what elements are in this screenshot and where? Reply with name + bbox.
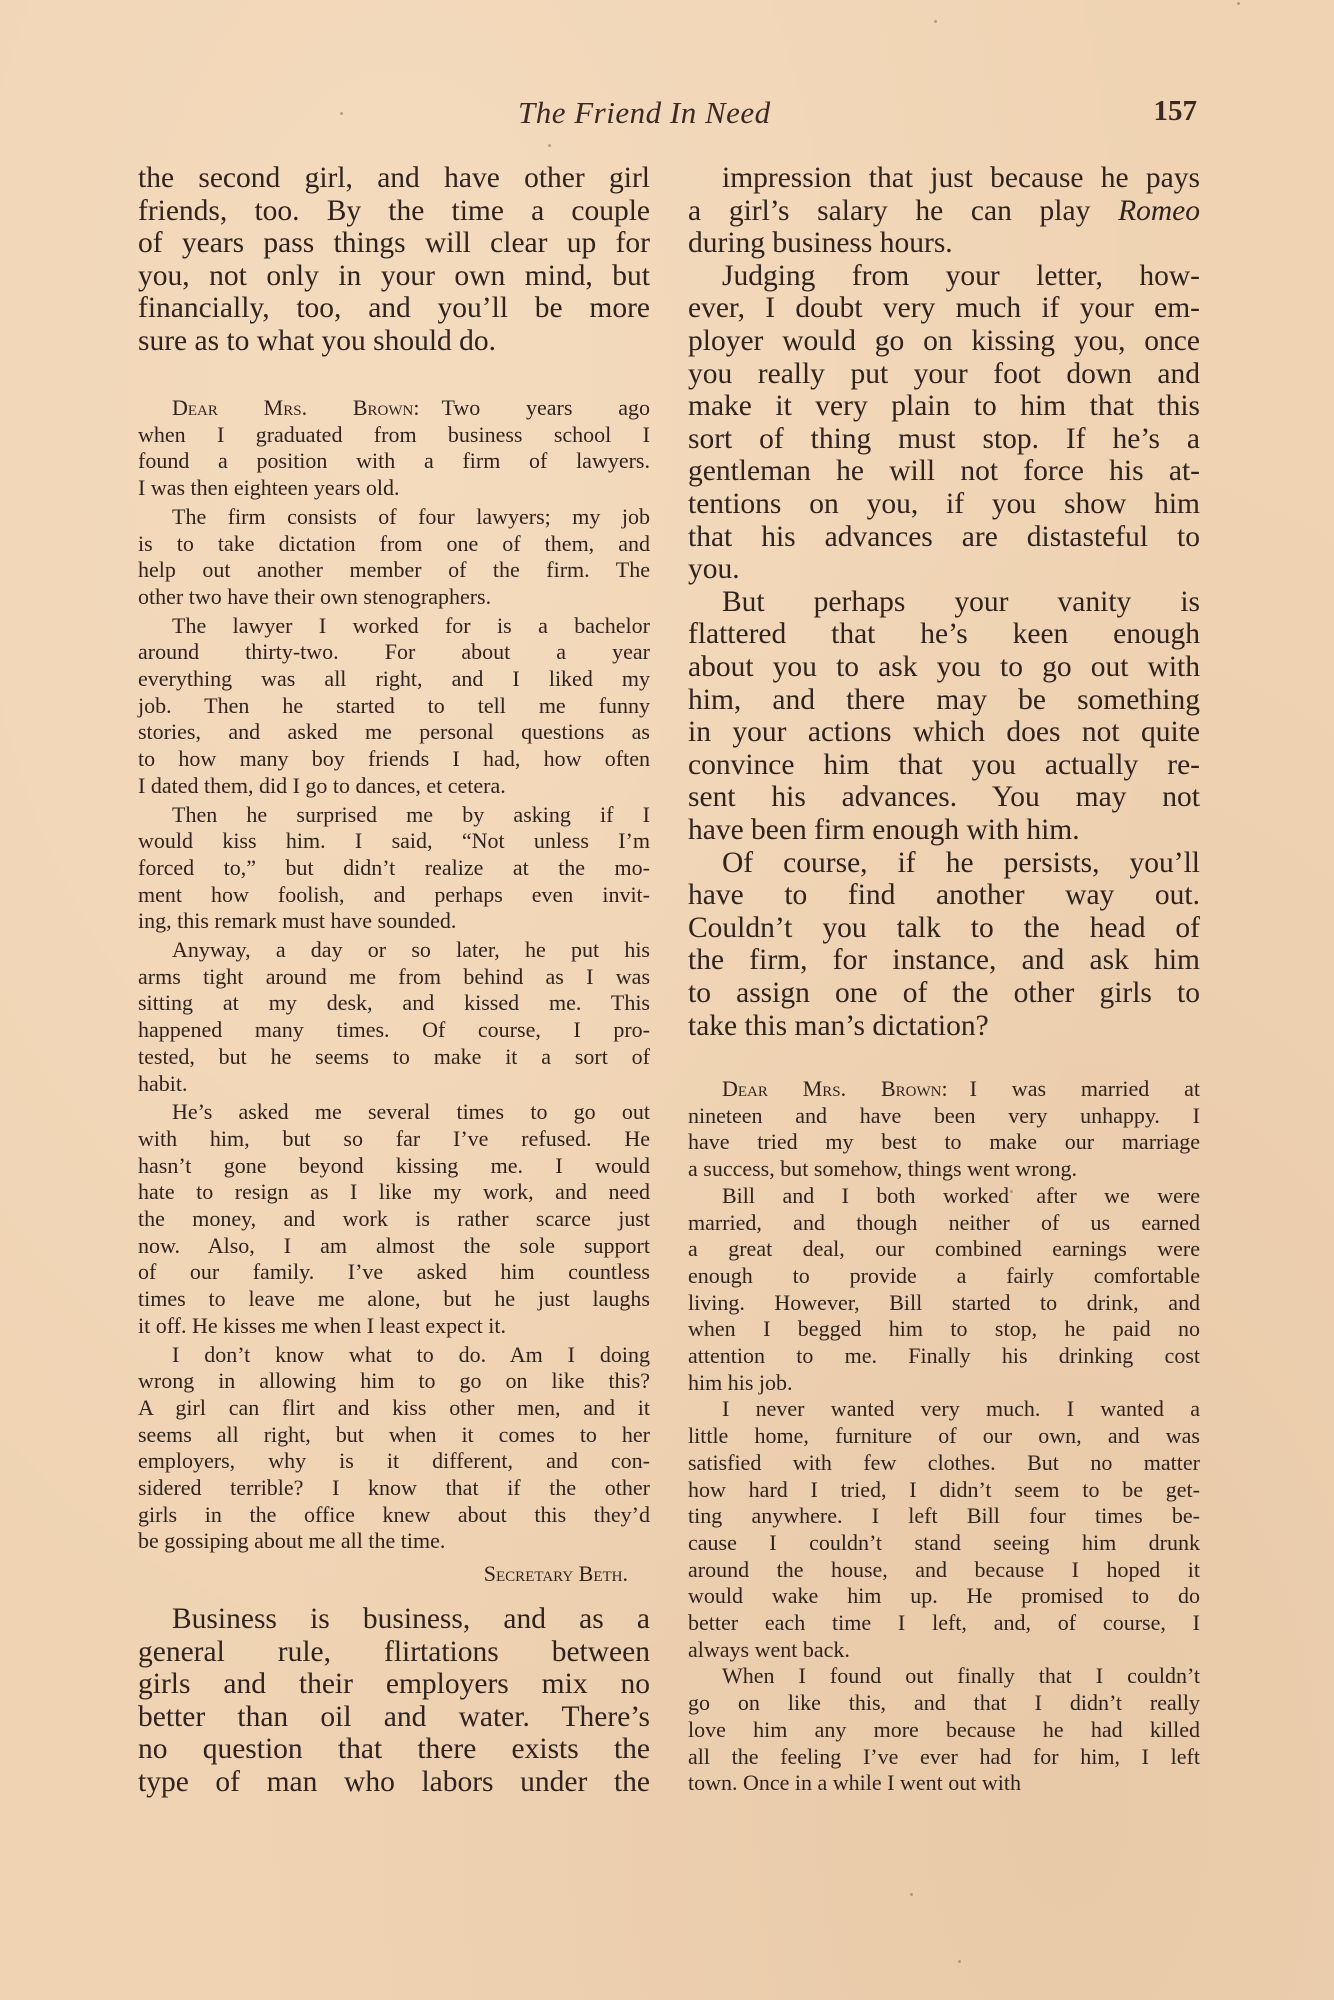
text-line: found a position with a firm of lawyers. <box>138 448 650 474</box>
text-line: Of course, if he persists, you’ll <box>688 847 1200 880</box>
text-line: The firm consists of four lawyers; my jo… <box>138 504 650 530</box>
answer-text-line: type of man who labors under the <box>138 1766 650 1799</box>
running-title: The Friend In Need <box>518 95 771 131</box>
text-line: a great deal, our combined earnings were <box>688 1236 1200 1262</box>
answer-text-line: Business is business, and as a <box>138 1603 650 1636</box>
text-line: Dear Mrs. Brown: I was married at <box>688 1076 1200 1102</box>
text-line: forced to,” but didn’t realize at the mo… <box>138 855 650 881</box>
text-line: sitting at my desk, and kissed me. This <box>138 990 650 1016</box>
text-line: wrong in allowing him to go on like this… <box>138 1368 650 1394</box>
text-line: all the feeling I’ve ever had for him, I… <box>688 1744 1200 1770</box>
text-line: job. Then he started to tell me funny <box>138 693 650 719</box>
text-line: is to take dictation from one of them, a… <box>138 531 650 557</box>
answer-text-line: general rule, flirtations between <box>138 1636 650 1669</box>
text-line: ing, this remark must have sounded. <box>138 908 650 934</box>
text-line: the firm, for instance, and ask him <box>688 944 1200 977</box>
text-line: married, and though neither of us earned <box>688 1210 1200 1236</box>
text-line: have to find another way out. <box>688 879 1200 912</box>
text-line: a success, but somehow, things went wron… <box>688 1156 1200 1182</box>
text-line: flattered that he’s keen enough <box>688 618 1200 651</box>
magazine-page: The Friend In Need 157 the second girl, … <box>0 0 1334 2000</box>
text-line: I never wanted very much. I wanted a <box>688 1396 1200 1422</box>
text-line: I dated them, did I go to dances, et cet… <box>138 773 650 799</box>
text-line: satisfied with few clothes. But no matte… <box>688 1450 1200 1476</box>
text-line: tentions on you, if you show him <box>688 488 1200 521</box>
text-line: He’s asked me several times to go out <box>138 1099 650 1125</box>
text-line: have been firm enough with him. <box>688 814 1200 847</box>
text-line: other two have their own stenographers. <box>138 584 650 610</box>
text-line: Dear Mrs. Brown: Two years ago <box>138 395 650 421</box>
text-line: make it very plain to him that this <box>688 390 1200 423</box>
text-line: hasn’t gone beyond kissing me. I would <box>138 1153 650 1179</box>
text-line: The lawyer I worked for is a bachelor <box>138 613 650 639</box>
text-line: would kiss him. I said, “Not unless I’m <box>138 828 650 854</box>
text-line: I was then eighteen years old. <box>138 475 650 501</box>
page-number: 157 <box>1154 95 1198 128</box>
answer-text-line: financially, too, and you’ll be more <box>138 292 650 325</box>
text-line: happened many times. Of course, I pro- <box>138 1017 650 1043</box>
paper-speck <box>958 1960 961 1963</box>
text-line: around the house, and because I hoped it <box>688 1557 1200 1583</box>
text-line: love him any more because he had killed <box>688 1717 1200 1743</box>
text-line: ployer would go on kissing you, once <box>688 325 1200 358</box>
paper-speck <box>1237 2 1240 5</box>
text-line: Judging from your letter, how- <box>688 260 1200 293</box>
text-line: with him, but so far I’ve refused. He <box>138 1126 650 1152</box>
paper-speck <box>910 1893 913 1896</box>
text-line: of our family. I’ve asked him countless <box>138 1259 650 1285</box>
paper-speck <box>548 144 551 147</box>
text-line: sent his advances. You may not <box>688 781 1200 814</box>
text-line: stories, and asked me personal questions… <box>138 719 650 745</box>
text-line: When I found out finally that I couldn’t <box>688 1663 1200 1689</box>
text-line: to how many boy friends I had, how often <box>138 746 650 772</box>
text-line: during business hours. <box>688 227 1200 260</box>
text-line: ment how foolish, and perhaps even invit… <box>138 882 650 908</box>
text-line: him his job. <box>688 1370 1200 1396</box>
text-line: everything was all right, and I liked my <box>138 666 650 692</box>
answer-text-line: better than oil and water. There’s <box>138 1701 650 1734</box>
letter-signature: Secretary Beth. <box>138 1561 650 1587</box>
paper-speck <box>934 20 937 23</box>
text-line: it off. He kisses me when I least expect… <box>138 1313 650 1339</box>
text-line: nineteen and have been very unhappy. I <box>688 1103 1200 1129</box>
text-line: ever, I doubt very much if your em- <box>688 292 1200 325</box>
text-line: impression that just because he pays <box>688 162 1200 195</box>
text-line: hate to resign as I like my work, and ne… <box>138 1179 650 1205</box>
text-line: convince him that you actually re- <box>688 749 1200 782</box>
text-line: A girl can flirt and kiss other men, and… <box>138 1395 650 1421</box>
letter-salutation: Dear Mrs. Brown: <box>172 395 419 420</box>
text-line: Anyway, a day or so later, he put his <box>138 937 650 963</box>
text-line: sort of thing must stop. If he’s a <box>688 423 1200 456</box>
text-line: living. However, Bill started to drink, … <box>688 1290 1200 1316</box>
answer-text-line: you, not only in your own mind, but <box>138 260 650 293</box>
text-line: times to leave me alone, but he just lau… <box>138 1286 650 1312</box>
text-line: to assign one of the other girls to <box>688 977 1200 1010</box>
text-line: better each time I left, and, of course,… <box>688 1610 1200 1636</box>
text-line: how hard I tried, I didn’t seem to be ge… <box>688 1477 1200 1503</box>
text-line: in your actions which does not quite <box>688 716 1200 749</box>
text-line: that his advances are distasteful to <box>688 521 1200 554</box>
answer-text-line: of years pass things will clear up for <box>138 227 650 260</box>
paper-speck <box>1010 1190 1013 1193</box>
text-line: you really put your foot down and <box>688 358 1200 391</box>
text-line: help out another member of the firm. The <box>138 557 650 583</box>
text-line: Couldn’t you talk to the head of <box>688 912 1200 945</box>
text-line: the money, and work is rather scarce jus… <box>138 1206 650 1232</box>
text-line: town. Once in a while I went out with <box>688 1770 1200 1796</box>
text-line: habit. <box>138 1071 650 1097</box>
text-line: enough to provide a fairly comfortable <box>688 1263 1200 1289</box>
letter-salutation: Dear Mrs. Brown: <box>722 1076 948 1101</box>
answer-text-line: sure as to what you should do. <box>138 325 650 358</box>
text-line: little home, furniture of our own, and w… <box>688 1423 1200 1449</box>
text-line: would wake him up. He promised to do <box>688 1583 1200 1609</box>
text-line: always went back. <box>688 1637 1200 1663</box>
text-line: employers, why is it different, and con- <box>138 1448 650 1474</box>
text-line: girls in the office knew about this they… <box>138 1502 650 1528</box>
text-line: have tried my best to make our marriage <box>688 1129 1200 1155</box>
text-line: tested, but he seems to make it a sort o… <box>138 1044 650 1070</box>
text-line: gentleman he will not force his at- <box>688 455 1200 488</box>
paper-speck <box>340 112 343 115</box>
text-line: now. Also, I am almost the sole support <box>138 1233 650 1259</box>
text-line: a girl’s salary he can play Romeo <box>688 195 1200 228</box>
text-line: Then he surprised me by asking if I <box>138 802 650 828</box>
text-line: Bill and I both worked after we were <box>688 1183 1200 1209</box>
text-line: But perhaps your vanity is <box>688 586 1200 619</box>
text-line: attention to me. Finally his drinking co… <box>688 1343 1200 1369</box>
text-line: ting anywhere. I left Bill four times be… <box>688 1503 1200 1529</box>
text-line: go on like this, and that I didn’t reall… <box>688 1690 1200 1716</box>
text-line: seems all right, but when it comes to he… <box>138 1422 650 1448</box>
text-line: when I begged him to stop, he paid no <box>688 1316 1200 1342</box>
text-line: him, and there may be something <box>688 684 1200 717</box>
answer-text-line: the second girl, and have other girl <box>138 162 650 195</box>
text-line: arms tight around me from behind as I wa… <box>138 964 650 990</box>
text-line: you. <box>688 553 1200 586</box>
answer-text-line: girls and their employers mix no <box>138 1668 650 1701</box>
text-line: around thirty-two. For about a year <box>138 639 650 665</box>
text-line: cause I couldn’t stand seeing him drunk <box>688 1530 1200 1556</box>
text-line: be gossiping about me all the time. <box>138 1528 650 1554</box>
text-line: take this man’s dictation? <box>688 1010 1200 1043</box>
text-line: about you to ask you to go out with <box>688 651 1200 684</box>
text-line: I don’t know what to do. Am I doing <box>138 1342 650 1368</box>
text-line: sidered terrible? I know that if the oth… <box>138 1475 650 1501</box>
answer-text-line: friends, too. By the time a couple <box>138 195 650 228</box>
text-line: when I graduated from business school I <box>138 422 650 448</box>
answer-text-line: no question that there exists the <box>138 1733 650 1766</box>
